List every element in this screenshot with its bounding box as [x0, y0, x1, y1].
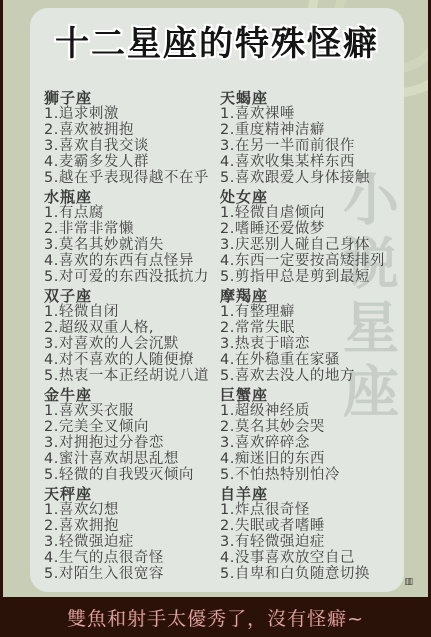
zodiac-sign-name: 天蝎座: [220, 90, 398, 106]
quirk-item: 1.轻微自虐倾向: [220, 205, 398, 221]
quirk-item: 1.追求刺激: [44, 106, 220, 122]
zodiac-columns: 狮子座1.追求刺激2.喜欢被拥抱3.喜欢自我交谈4.麦霸多发人群5.越在乎表现得…: [30, 90, 404, 585]
quirk-item: 4.喜欢收集某样东西: [220, 154, 398, 170]
quirk-item: 2.莫名其妙会哭: [220, 419, 398, 435]
quirk-item: 5.不怕热特别怕冷: [220, 467, 398, 483]
quirk-item: 5.热衷一本正经胡说八道: [44, 368, 220, 384]
zodiac-section: 双子座1.轻微自闭2.超级双重人格,3.对喜欢的人会沉默4.对不喜欢的人随便撩5…: [44, 288, 220, 384]
zodiac-sign-name: 狮子座: [44, 90, 220, 106]
quirk-item: 3.对拥抱过分眷恋: [44, 435, 220, 451]
quirk-item: 5.剪指甲总是剪到最短: [220, 269, 398, 285]
quirk-item: 5.喜欢去没人的地方: [220, 368, 398, 384]
quirk-item: 3.庆恶别人碰自己身体: [220, 237, 398, 253]
quirk-item: 1.喜欢裸唾: [220, 106, 398, 122]
quirk-item: 1.喜欢买衣服: [44, 403, 220, 419]
zodiac-section: 自羊座1.炸点很奇怪2.失眠或者嗜睡3.有轻微强迫症4.没事喜欢放空自己5.自卑…: [220, 486, 398, 582]
quirk-item: 2.常常失眠: [220, 320, 398, 336]
quirk-item: 3.对喜欢的人会沉默: [44, 336, 220, 352]
zodiac-section: 水瓶座1.有点腐2.非常非常懒3.莫名其妙就消失4.喜欢的东西有点怪异5.对可爱…: [44, 189, 220, 285]
quirk-item: 4.生气的点很奇怪: [44, 550, 220, 566]
quirk-item: 2.重度精神洁癖: [220, 122, 398, 138]
zodiac-sign-name: 天秤座: [44, 486, 220, 502]
quirk-item: 4.喜欢的东西有点怪异: [44, 253, 220, 269]
footer-caption: 雙魚和射手太優秀了，沒有怪癖~: [67, 604, 364, 631]
quirk-item: 1.喜欢幻想: [44, 502, 220, 518]
quirk-item: 2.嗜睡还爱做梦: [220, 221, 398, 237]
zodiac-sign-name: 处女座: [220, 189, 398, 205]
zodiac-sign-name: 双子座: [44, 288, 220, 304]
quirk-item: 3.有轻微强迫症: [220, 534, 398, 550]
quirk-item: 5.对可爱的东西没抵抗力: [44, 269, 220, 285]
quirk-item: 5.自卑和白负随意切换: [220, 566, 398, 582]
zodiac-sign-name: 自羊座: [220, 486, 398, 502]
quirk-item: 2.失眠或者嗜睡: [220, 518, 398, 534]
quirk-item: 2.超级双重人格,: [44, 320, 220, 336]
quirk-item: 4.在外稳重在家骚: [220, 352, 398, 368]
quirk-item: 2.喜欢拥抱: [44, 518, 220, 534]
quirk-item: 1.轻微自闭: [44, 304, 220, 320]
quirk-item: 3.喜欢碎碎念: [220, 435, 398, 451]
quirk-item: 1.超级神经质: [220, 403, 398, 419]
quirk-item: 4.麦霸多发人群: [44, 154, 220, 170]
zodiac-section: 狮子座1.追求刺激2.喜欢被拥抱3.喜欢自我交谈4.麦霸多发人群5.越在乎表现得…: [44, 90, 220, 186]
zodiac-sign-name: 水瓶座: [44, 189, 220, 205]
quirk-item: 2.非常非常懒: [44, 221, 220, 237]
zodiac-section: 摩羯座1.有整理癖2.常常失眠3.热衷于暗恋4.在外稳重在家骚5.喜欢去没人的地…: [220, 288, 398, 384]
zodiac-sign-name: 金牛座: [44, 387, 220, 403]
quirk-item: 5.轻微的自我毁灭倾向: [44, 467, 220, 483]
quirk-item: 3.喜欢自我交谈: [44, 138, 220, 154]
zodiac-sign-name: 巨蟹座: [220, 387, 398, 403]
quirk-item: 2.完美全叉倾向: [44, 419, 220, 435]
quirk-item: 3.在另一半而前很作: [220, 138, 398, 154]
quirk-item: 4.没事喜欢放空自己: [220, 550, 398, 566]
tiny-watermark-glyph: ▥: [404, 578, 413, 587]
left-column: 狮子座1.追求刺激2.喜欢被拥抱3.喜欢自我交谈4.麦霸多发人群5.越在乎表现得…: [44, 90, 220, 585]
quirk-item: 3.轻微强迫症: [44, 534, 220, 550]
poster-title: 十二星座的特殊怪癖: [38, 21, 396, 67]
zodiac-section: 金牛座1.喜欢买衣服2.完美全叉倾向3.对拥抱过分眷恋4.蜜汁喜欢胡思乱想5.轻…: [44, 387, 220, 483]
right-column: 天蝎座1.喜欢裸唾2.重度精神洁癖3.在另一半而前很作4.喜欢收集某样东西5.喜…: [220, 90, 398, 585]
quirk-item: 4.东西一定要按高矮排列: [220, 253, 398, 269]
zodiac-section: 处女座1.轻微自虐倾向2.嗜睡还爱做梦3.庆恶别人碰自己身体4.东西一定要按高矮…: [220, 189, 398, 285]
quirk-item: 1.有整理癖: [220, 304, 398, 320]
footer-caption-bar: 雙魚和射手太優秀了，沒有怪癖~: [0, 597, 431, 637]
quirk-item: 4.对不喜欢的人随便撩: [44, 352, 220, 368]
zodiac-section: 天蝎座1.喜欢裸唾2.重度精神洁癖3.在另一半而前很作4.喜欢收集某样东西5.喜…: [220, 90, 398, 186]
quirk-item: 4.蜜汁喜欢胡思乱想: [44, 451, 220, 467]
quirk-item: 5.越在乎表现得越不在乎: [44, 170, 220, 186]
quirk-item: 4.痴迷旧的东西: [220, 451, 398, 467]
quirk-item: 3.热衷于暗恋: [220, 336, 398, 352]
zodiac-section: 巨蟹座1.超级神经质2.莫名其妙会哭3.喜欢碎碎念4.痴迷旧的东西5.不怕热特别…: [220, 387, 398, 483]
quirk-item: 5.对陌生入很宽容: [44, 566, 220, 582]
quirk-item: 5.喜欢跟爱人身体接触: [220, 170, 398, 186]
zodiac-section: 天秤座1.喜欢幻想2.喜欢拥抱3.轻微强迫症4.生气的点很奇怪5.对陌生入很宽容: [44, 486, 220, 582]
zodiac-sign-name: 摩羯座: [220, 288, 398, 304]
content-card: 小说星座 十二星座的特殊怪癖 狮子座1.追求刺激2.喜欢被拥抱3.喜欢自我交谈4…: [30, 8, 404, 592]
quirk-item: 1.有点腐: [44, 205, 220, 221]
quirk-item: 2.喜欢被拥抱: [44, 122, 220, 138]
poster-background: 小说星座 十二星座的特殊怪癖 狮子座1.追求刺激2.喜欢被拥抱3.喜欢自我交谈4…: [3, 0, 428, 597]
quirk-item: 3.莫名其妙就消失: [44, 237, 220, 253]
quirk-item: 1.炸点很奇怪: [220, 502, 398, 518]
